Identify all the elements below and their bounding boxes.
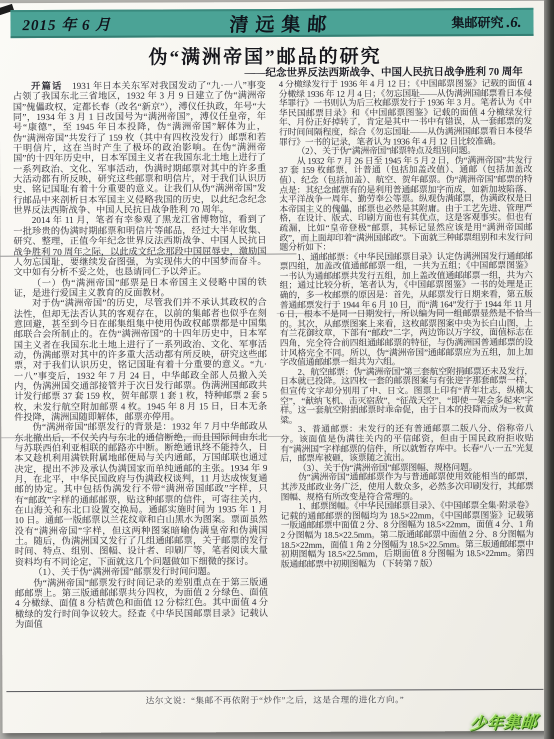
paragraph: 对于伪“满洲帝国”的历史，尽管我们并不承认其政权的合法性，但却无法否认其的客观存…: [14, 297, 268, 422]
footer-quote: 达尔文说：“集邮不再依附于“炒作”之后，这是合理的进化方向。”: [2, 693, 547, 707]
watermark-logo: 少年集邮: [469, 709, 539, 734]
section-header: 集邮研究 .6.: [451, 12, 521, 32]
paragraph: 2014 年 11 月，笔者有幸参观了黑龙江省博物馆，看到了一批珍贵的伪满时期邮…: [13, 214, 266, 277]
paragraph: 伪“满洲帝国”通邮邮票作为与普通邮票使用效能相当的邮票，其涉及邮政业务广泛，使用…: [280, 472, 533, 502]
paragraph: 4 分橄绿发行于 1936 年 4 月 12 日；《中国邮票图鉴》记载的面值 4…: [279, 79, 532, 147]
page-number: .6.: [506, 15, 521, 32]
section-heading-1: （一）伪“满洲帝国”邮票是日本帝国主义侵略中国的铁证，是进行爱国主义教育的反面教…: [14, 277, 267, 299]
list-item-1: 1、通邮邮票：《中华民国邮票目录》认定伪满洲国发行通邮邮票四组，加盖改值通邮邮票…: [280, 252, 533, 368]
right-column: 4 分橄绿发行于 1936 年 4 月 12 日；《中国邮票图鉴》记载的面值 4…: [279, 79, 535, 686]
scanner-edge-shadow: [544, 0, 554, 739]
opening-label: 开篇话: [31, 81, 62, 91]
scanned-page: 2015 年 6 月 清远集邮 集邮研究 .6. 伪“满洲帝国”邮品的研究 ——…: [0, 1, 548, 733]
section-label: 集邮研究: [451, 12, 503, 31]
paragraph: 从 1932 年 7 月 26 日至 1945 年 5 月 2 日，伪“满洲帝国…: [279, 156, 532, 253]
paragraph: 伪“满洲帝国”邮票发行时间记录的差别重点在于第三版通邮邮票上。第三版通邮邮票共分…: [15, 577, 268, 630]
paragraph-opening: 开篇话 1931 年日本关东军对我国发动了“九·一八”事变占领了我国东北三省地区…: [13, 80, 267, 216]
paragraph-text: 1931 年日本关东军对我国发动了“九·一八”事变占领了我国东北三省地区，193…: [13, 80, 266, 215]
footer-divider: [6, 689, 543, 692]
article-body: 开篇话 1931 年日本关东军对我国发动了“九·一八”事变占领了我国东北三省地区…: [13, 79, 535, 687]
issue-date: 2015 年 6 月: [22, 13, 111, 34]
paragraph-continuation: 1、邮票图幅。《中华民国邮票目录》、《中国邮票全集·附录卷》记载的通邮邮票的图幅…: [281, 501, 534, 569]
masthead-band: 2015 年 6 月 清远集邮 集邮研究 .6.: [10, 8, 533, 38]
left-column: 开篇话 1931 年日本关东军对我国发动了“九·一八”事变占领了我国东北三省地区…: [13, 80, 269, 687]
journal-title: 清远集邮: [228, 9, 334, 36]
list-item-2: 2、航空邮票：伪“满洲帝国”第三套航空附捐邮票还未及发行，日本就已投降。这四枚一…: [280, 367, 533, 426]
list-item-3: 3、普通邮票：未发行的还有普通邮票二版八分、俗称帝八分。该面值是伪满往关内的平信…: [280, 424, 533, 463]
paragraph: 伪“满洲帝国”邮票发行的背景是：1932 年 7 月中华邮政从东北撤出后，不仅关…: [14, 421, 268, 567]
